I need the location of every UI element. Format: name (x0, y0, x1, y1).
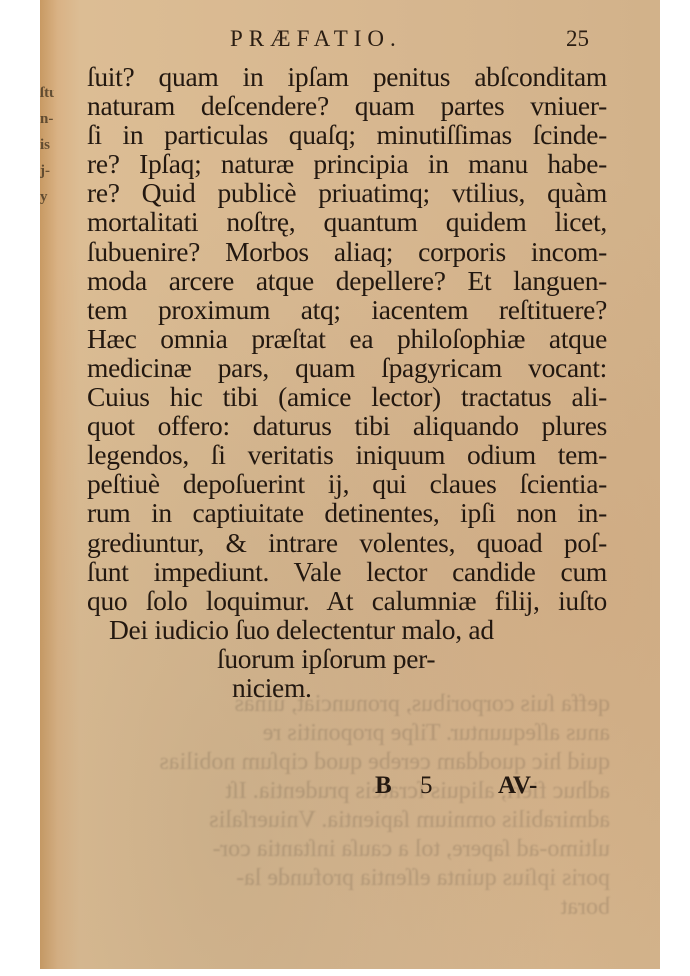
text-line: quo ſolo loquimur. At calumniæ filij, iu… (87, 586, 607, 615)
text-line: grediuntur, & intrare volentes, quoad po… (87, 528, 607, 557)
gutter-fragment: is (40, 132, 54, 158)
signature-number: 5 (420, 772, 433, 800)
text-line: Cuius hic tibi (amice lector) tractatus … (87, 382, 607, 411)
text-line: re? Ipſaq; naturæ principia in manu habe… (87, 149, 607, 178)
bleed-line: poris ipſius quinta eſſentia profunde la… (70, 864, 610, 893)
catchword: AV- (498, 772, 537, 800)
page-number: 25 (566, 26, 589, 52)
text-line: mortalitati noſtrę, quantum quidem licet… (87, 207, 607, 236)
gutter-fragment: j- (40, 158, 54, 184)
book-page: ſtu n- is j- y qeffa ſuis corporibus, pr… (40, 0, 660, 969)
gutter-fragment: n- (40, 106, 54, 132)
gutter-fragment: y (40, 184, 54, 210)
text-line: legendos, ſi veritatis iniquum odium tem… (87, 440, 607, 469)
text-line: rum in captiuitate detinentes, ipſi non … (87, 498, 607, 527)
body-text: ſuit? quam in ipſam penitus abſconditam … (87, 62, 607, 702)
text-line: niciem. (87, 673, 607, 702)
bleed-line: admirabilis omnium ſapientia. Vniuerſali… (70, 806, 610, 835)
text-line: ſi in particulas quaſq; minutiſſimas ſci… (87, 120, 607, 149)
text-line: naturam deſcendere? quam partes vniuer- (87, 91, 607, 120)
bleed-through-text: qeffa ſuis corporibus, pronunciat, uinas… (70, 690, 610, 922)
running-head: PRÆFATIO. (230, 26, 402, 52)
text-line: re? Quid publicè priuatimq; vtilius, quà… (87, 178, 607, 207)
bleed-line: borat (70, 893, 610, 922)
text-line: ſubuenire? Morbos aliaq; corporis incom- (87, 237, 607, 266)
text-line: ſunt impediunt. Vale lector candide cum (87, 557, 607, 586)
text-line: medicinæ pars, quam ſpagyricam vocant: (87, 353, 607, 382)
text-line: ſuit? quam in ipſam penitus abſconditam (87, 62, 607, 91)
text-line: tem proximum atq; iacentem reſtituere? (87, 295, 607, 324)
text-line: peſtiuè depoſuerint ij, qui claues ſcien… (87, 469, 607, 498)
bleed-line: ultimo-ad ſapere, tol a cauſa inſtantia … (70, 835, 610, 864)
text-line: quot offero: daturus tibi aliquando plur… (87, 411, 607, 440)
gutter-fragment: ſtu (40, 80, 54, 106)
text-line: ſuorum ipſorum per- (87, 644, 607, 673)
gutter-bleed-through: ſtu n- is j- y (40, 80, 54, 210)
signature-mark: B (375, 772, 392, 800)
text-line: Hæc omnia præſtat ea philoſophiæ atque (87, 324, 607, 353)
text-line: moda arcere atque depellere? Et languen- (87, 266, 607, 295)
text-line: Dei iudicio ſuo delectentur malo, ad (87, 615, 607, 644)
bleed-line: anus aſſequuntur. Tiſpe proponitis re (70, 719, 610, 748)
